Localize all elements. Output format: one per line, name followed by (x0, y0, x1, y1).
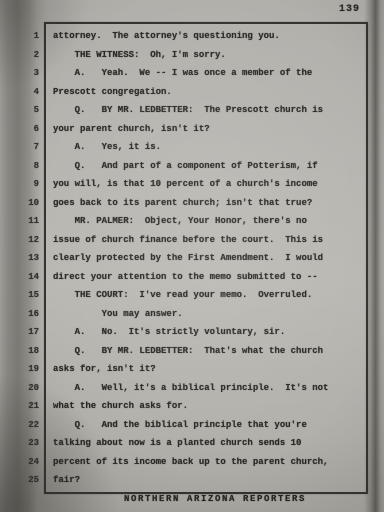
line-number: 22 (28, 416, 39, 435)
line-number: 11 (28, 212, 39, 231)
transcript-line: THE COURT: I've read your memo. Overrule… (53, 286, 359, 305)
line-number: 25 (28, 471, 39, 490)
transcript-line: asks for, isn't it? (53, 360, 359, 379)
transcript-line: Q. BY MR. LEDBETTER: The Prescott church… (53, 101, 359, 120)
line-number: 7 (28, 138, 39, 157)
transcript-line: Prescott congregation. (53, 83, 359, 102)
transcript-line: A. Yes, it is. (53, 138, 359, 157)
line-number: 2 (28, 46, 39, 65)
line-number: 8 (28, 157, 39, 176)
transcript-line: fair? (53, 471, 359, 490)
transcript-text-column: attorney. The attorney's questioning you… (53, 27, 359, 491)
reporter-footer: NORTHERN ARIZONA REPORTERS (62, 494, 368, 504)
line-number: 21 (28, 397, 39, 416)
transcript-line: issue of church finance before the court… (53, 231, 359, 250)
line-number: 3 (28, 64, 39, 83)
line-number: 15 (28, 286, 39, 305)
transcript-line: You may answer. (53, 305, 359, 324)
transcript-line: A. Yeah. We -- I was once a member of th… (53, 64, 359, 83)
line-number: 16 (28, 305, 39, 324)
transcript-line: A. Well, it's a biblical principle. It's… (53, 379, 359, 398)
transcript-line: percent of its income back up to the par… (53, 453, 359, 472)
line-number: 4 (28, 83, 39, 102)
transcript-line: talking about now is a planted church se… (53, 434, 359, 453)
line-number: 9 (28, 175, 39, 194)
line-number: 17 (28, 323, 39, 342)
line-number: 6 (28, 120, 39, 139)
line-number: 10 (28, 194, 39, 213)
line-number: 19 (28, 360, 39, 379)
transcript-line: attorney. The attorney's questioning you… (53, 27, 359, 46)
transcript-line: direct your attention to the memo submit… (53, 268, 359, 287)
transcript-line: what the church asks for. (53, 397, 359, 416)
line-number: 12 (28, 231, 39, 250)
page-number: 139 (339, 4, 360, 15)
line-number: 1 (28, 27, 39, 46)
scanned-transcript-page: 139 123456789101112131415161718192021222… (0, 0, 384, 512)
transcript-line: THE WITNESS: Oh, I'm sorry. (53, 46, 359, 65)
transcript-line: MR. PALMER: Object, Your Honor, there's … (53, 212, 359, 231)
transcript-line: Q. And part of a component of Potterism,… (53, 157, 359, 176)
transcript-line: A. No. It's strictly voluntary, sir. (53, 323, 359, 342)
line-number-column: 1234567891011121314151617181920212223242… (28, 27, 39, 491)
transcript-line: goes back to its parent church; isn't th… (53, 194, 359, 213)
line-number: 13 (28, 249, 39, 268)
transcript-line: Q. And the biblical principle that you'r… (53, 416, 359, 435)
line-number: 18 (28, 342, 39, 361)
line-number: 20 (28, 379, 39, 398)
transcript-line: your parent church, isn't it? (53, 120, 359, 139)
line-number: 5 (28, 101, 39, 120)
transcript-line: clearly protected by the First Amendment… (53, 249, 359, 268)
line-number: 23 (28, 434, 39, 453)
line-number: 14 (28, 268, 39, 287)
line-number: 24 (28, 453, 39, 472)
transcript-line: Q. BY MR. LEDBETTER: That's what the chu… (53, 342, 359, 361)
transcript-line: you will, is that 10 percent of a church… (53, 175, 359, 194)
